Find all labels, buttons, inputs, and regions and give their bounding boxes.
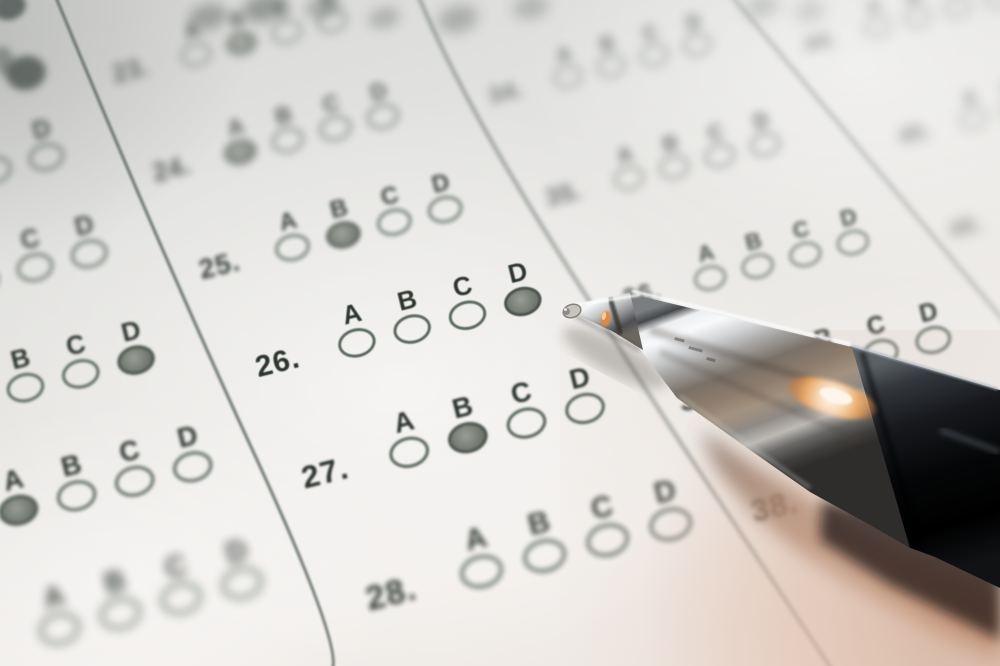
- option-letter: B: [589, 30, 624, 57]
- answer-bubble: [374, 205, 414, 239]
- option-letter: A: [0, 461, 37, 498]
- answer-option-D: D: [639, 471, 690, 511]
- answer-option-D: D: [420, 167, 461, 199]
- option-letter: A: [953, 85, 986, 111]
- option-letter: D: [212, 532, 262, 570]
- answer-option-B: B: [384, 283, 429, 318]
- answer-bubble: [957, 105, 989, 133]
- answer-bubble: [941, 0, 973, 21]
- option-letter: C: [311, 88, 350, 118]
- answer-option-C: C: [53, 327, 98, 362]
- option-letter: C: [697, 118, 734, 147]
- option-letter: B: [264, 100, 303, 130]
- answer-bubble: [157, 578, 205, 619]
- answer-option-C: C: [697, 118, 734, 147]
- option-letter: D: [639, 471, 690, 511]
- answer-bubble: [656, 152, 692, 183]
- option-letter: D: [556, 359, 604, 396]
- answer-option-C: C: [106, 432, 153, 469]
- answer-bubble: [14, 249, 57, 286]
- question-number: 36.: [620, 277, 664, 315]
- answer-option-B: B: [652, 129, 689, 158]
- answer-bubble: [4, 369, 48, 406]
- option-letter: B: [652, 129, 689, 158]
- answer-option-D: D: [742, 106, 779, 135]
- answer-bubble: [702, 141, 738, 172]
- blurred-bubble-fragment: [366, 4, 402, 31]
- question-number: 25.: [196, 246, 243, 286]
- answer-bubble: [316, 112, 354, 144]
- option-letter: B: [802, 322, 845, 355]
- answer-bubble: [0, 152, 15, 187]
- option-letter: C: [632, 19, 667, 46]
- option-letter: A: [546, 41, 581, 68]
- answer-option-A: A: [953, 85, 986, 111]
- answer-bubble: [0, 263, 2, 300]
- option-letter: C: [369, 179, 410, 211]
- answer-option-A: A: [828, 438, 875, 474]
- option-letter: C: [943, 409, 990, 445]
- answer-option-D: D: [164, 418, 211, 455]
- option-letter: C: [440, 269, 485, 304]
- option-letter: C: [8, 222, 52, 256]
- answer-option-C: C: [943, 409, 990, 445]
- blurred-bubble-fragment: [0, 0, 29, 24]
- answer-option-A: A: [329, 296, 374, 331]
- answer-option-A: A: [546, 41, 581, 68]
- option-letter: A: [216, 112, 255, 142]
- blurred-bubble-fragment: [793, 0, 826, 23]
- answer-bubble-filled: [223, 28, 259, 59]
- option-letter: C: [106, 432, 153, 469]
- answer-option-A: A: [29, 578, 79, 616]
- answer-option-B: B: [897, 0, 929, 9]
- answer-bubble: [949, 438, 995, 477]
- question-number: 46.: [946, 210, 986, 244]
- option-letter: D: [495, 255, 540, 290]
- answer-option-B: B: [438, 388, 486, 425]
- answer-option-B: B: [318, 192, 359, 224]
- answer-bubble: [583, 519, 633, 562]
- option-letter: A: [858, 0, 890, 19]
- answer-option-A: A: [749, 335, 792, 368]
- answer-sheet: DCDBCDABCDABCD23.ABCD24.ABCD25.ABCD26.AB…: [0, 0, 1000, 666]
- answer-option-B: B: [513, 503, 564, 543]
- blurred-bubble-fragment: [743, 0, 781, 20]
- question-number: 37.: [676, 378, 725, 420]
- option-letter: A: [686, 238, 725, 268]
- answer-option-C: C: [369, 179, 410, 211]
- answer-bubble: [637, 41, 671, 70]
- answer-option-A: A: [216, 112, 255, 142]
- answer-bubble: [834, 227, 872, 259]
- blurred-bubble-fragment: [435, 2, 480, 37]
- answer-bubble: [386, 433, 433, 473]
- blurred-bubble-fragment: [511, 0, 551, 22]
- answer-bubble: [457, 550, 507, 593]
- answer-option-B: B: [47, 447, 94, 484]
- answer-bubble: [594, 52, 628, 81]
- option-letter: C: [151, 547, 201, 585]
- option-letter: D: [907, 296, 950, 329]
- answer-option-A: A: [267, 205, 308, 237]
- answer-bubble: [503, 403, 550, 443]
- option-letter: A: [450, 518, 501, 558]
- answer-option-B: B: [0, 341, 43, 376]
- option-letter: A: [606, 140, 643, 169]
- question-number: 45.: [896, 118, 934, 150]
- answer-bubble: [739, 250, 777, 282]
- answer-bubble: [755, 362, 797, 397]
- answer-bubble: [178, 39, 214, 70]
- answer-option-B: B: [734, 226, 773, 256]
- answer-bubble: [680, 30, 714, 59]
- answer-option-C: C: [311, 88, 350, 118]
- option-letter: D: [108, 314, 153, 349]
- answer-option-C: C: [576, 487, 627, 527]
- answer-option-D: D: [495, 255, 540, 290]
- answer-option-A: A: [380, 403, 428, 440]
- answer-bubble: [218, 563, 266, 604]
- option-letter: D: [359, 77, 398, 107]
- question-number: 24.: [150, 151, 194, 189]
- answer-option-A: A: [858, 0, 890, 19]
- answer-bubble: [112, 462, 158, 501]
- option-letter: B: [886, 424, 933, 460]
- answer-bubble: [807, 348, 849, 383]
- option-letter: A: [329, 296, 374, 331]
- answer-bubble: [446, 297, 490, 334]
- option-letter: C: [497, 374, 545, 411]
- option-letter: B: [384, 283, 429, 318]
- option-letter: B: [318, 192, 359, 224]
- answer-bubble: [562, 389, 609, 429]
- answer-option-B: B: [994, 75, 1000, 101]
- answer-bubble: [747, 129, 783, 160]
- option-letter: D: [20, 113, 63, 146]
- option-letter: B: [513, 503, 564, 543]
- option-letter: D: [742, 106, 779, 135]
- question-number: 44.: [802, 26, 839, 58]
- option-letter: C: [854, 309, 897, 342]
- answer-option-D: D: [62, 208, 106, 242]
- answer-option-D: D: [212, 532, 262, 570]
- answer-bubble: [96, 593, 144, 634]
- answer-option-B: B: [90, 562, 140, 600]
- option-letter: C: [576, 487, 627, 527]
- option-letter: A: [29, 578, 79, 616]
- answer-bubble-filled: [445, 418, 492, 458]
- answer-bubble: [860, 335, 902, 370]
- answer-option-A: A: [0, 461, 37, 498]
- answer-option-B: B: [264, 100, 303, 130]
- answer-option-C: C: [8, 222, 52, 256]
- answer-option-B: B: [802, 322, 845, 355]
- option-letter: D: [829, 203, 868, 233]
- answer-option-B: B: [589, 30, 624, 57]
- answer-bubble: [551, 62, 585, 91]
- option-letter: D: [62, 208, 106, 242]
- answer-option-A: A: [686, 238, 725, 268]
- answer-bubble: [269, 124, 307, 156]
- answer-bubble-filled: [114, 341, 158, 378]
- option-letter: A: [380, 403, 428, 440]
- option-letter: B: [438, 388, 486, 425]
- answer-bubble: [646, 503, 696, 546]
- answer-bubble: [170, 447, 216, 486]
- answer-bubble-filled: [501, 283, 545, 320]
- option-letter: A: [828, 438, 875, 474]
- answer-option-C: C: [632, 19, 667, 46]
- answer-bubble-filled: [323, 218, 363, 252]
- answer-bubble: [786, 238, 824, 270]
- answer-bubble: [862, 14, 894, 41]
- option-letter: A: [267, 205, 308, 237]
- answer-option-D: D: [108, 314, 153, 349]
- question-number: 28.: [362, 570, 421, 620]
- answer-bubble: [272, 230, 312, 264]
- answer-bubble: [520, 535, 570, 578]
- answer-option-A: A: [450, 518, 501, 558]
- answer-bubble: [35, 608, 83, 649]
- answer-option-D: D: [556, 359, 604, 396]
- answer-option-cut: [0, 126, 4, 135]
- answer-bubble: [425, 192, 465, 226]
- option-letter: C: [53, 327, 98, 362]
- answer-bubble: [68, 236, 111, 273]
- question-number: 35.: [543, 177, 585, 213]
- answer-bubble-filled: [0, 491, 42, 530]
- answer-option-D: D: [829, 203, 868, 233]
- option-letter: B: [90, 562, 140, 600]
- answer-option-C: C: [440, 269, 485, 304]
- question-number: 34.: [486, 76, 526, 110]
- answer-bubble: [390, 310, 434, 347]
- option-letter: D: [164, 418, 211, 455]
- answer-bubble: [902, 4, 934, 31]
- answer-option-C: C: [497, 374, 545, 411]
- answer-bubble: [54, 476, 100, 515]
- option-letter: B: [47, 447, 94, 484]
- answer-option-D: D: [676, 8, 711, 35]
- answer-option-C: C: [151, 547, 201, 585]
- answer-bubble: [834, 467, 880, 506]
- answer-bubble: [611, 163, 647, 194]
- answer-bubble: [981, 0, 1000, 11]
- photo-answer-sheet-with-pen: DCDBCDABCDABCD23.ABCD24.ABCD25.ABCD26.AB…: [0, 0, 1000, 666]
- answer-option-C: C: [781, 214, 820, 244]
- answer-bubble: [26, 139, 68, 174]
- answer-bubble: [364, 101, 402, 133]
- option-letter: B: [994, 75, 1000, 101]
- answer-bubble: [892, 453, 938, 492]
- answer-option-B: B: [886, 424, 933, 460]
- answer-option-D: D: [20, 113, 63, 146]
- answer-option-D: D: [907, 296, 950, 329]
- question-number: 23.: [110, 53, 152, 89]
- answer-option-C: C: [854, 309, 897, 342]
- option-letter: C: [781, 214, 820, 244]
- option-letter: D: [676, 8, 711, 35]
- option-letter: B: [734, 226, 773, 256]
- answer-bubble: [59, 355, 103, 392]
- answer-bubble-filled: [221, 136, 259, 168]
- option-letter: B: [0, 341, 43, 376]
- question-number: 27.: [298, 451, 353, 497]
- option-letter: D: [420, 167, 461, 199]
- question-number: 38.: [748, 485, 802, 531]
- question-number: 26.: [252, 341, 304, 385]
- answer-bubble: [912, 322, 954, 357]
- answer-bubble: [335, 324, 379, 361]
- answer-bubble: [269, 17, 305, 48]
- answer-option-A: A: [606, 140, 643, 169]
- answer-option-D: D: [359, 77, 398, 107]
- option-letter: A: [749, 335, 792, 368]
- answer-bubble: [691, 262, 729, 294]
